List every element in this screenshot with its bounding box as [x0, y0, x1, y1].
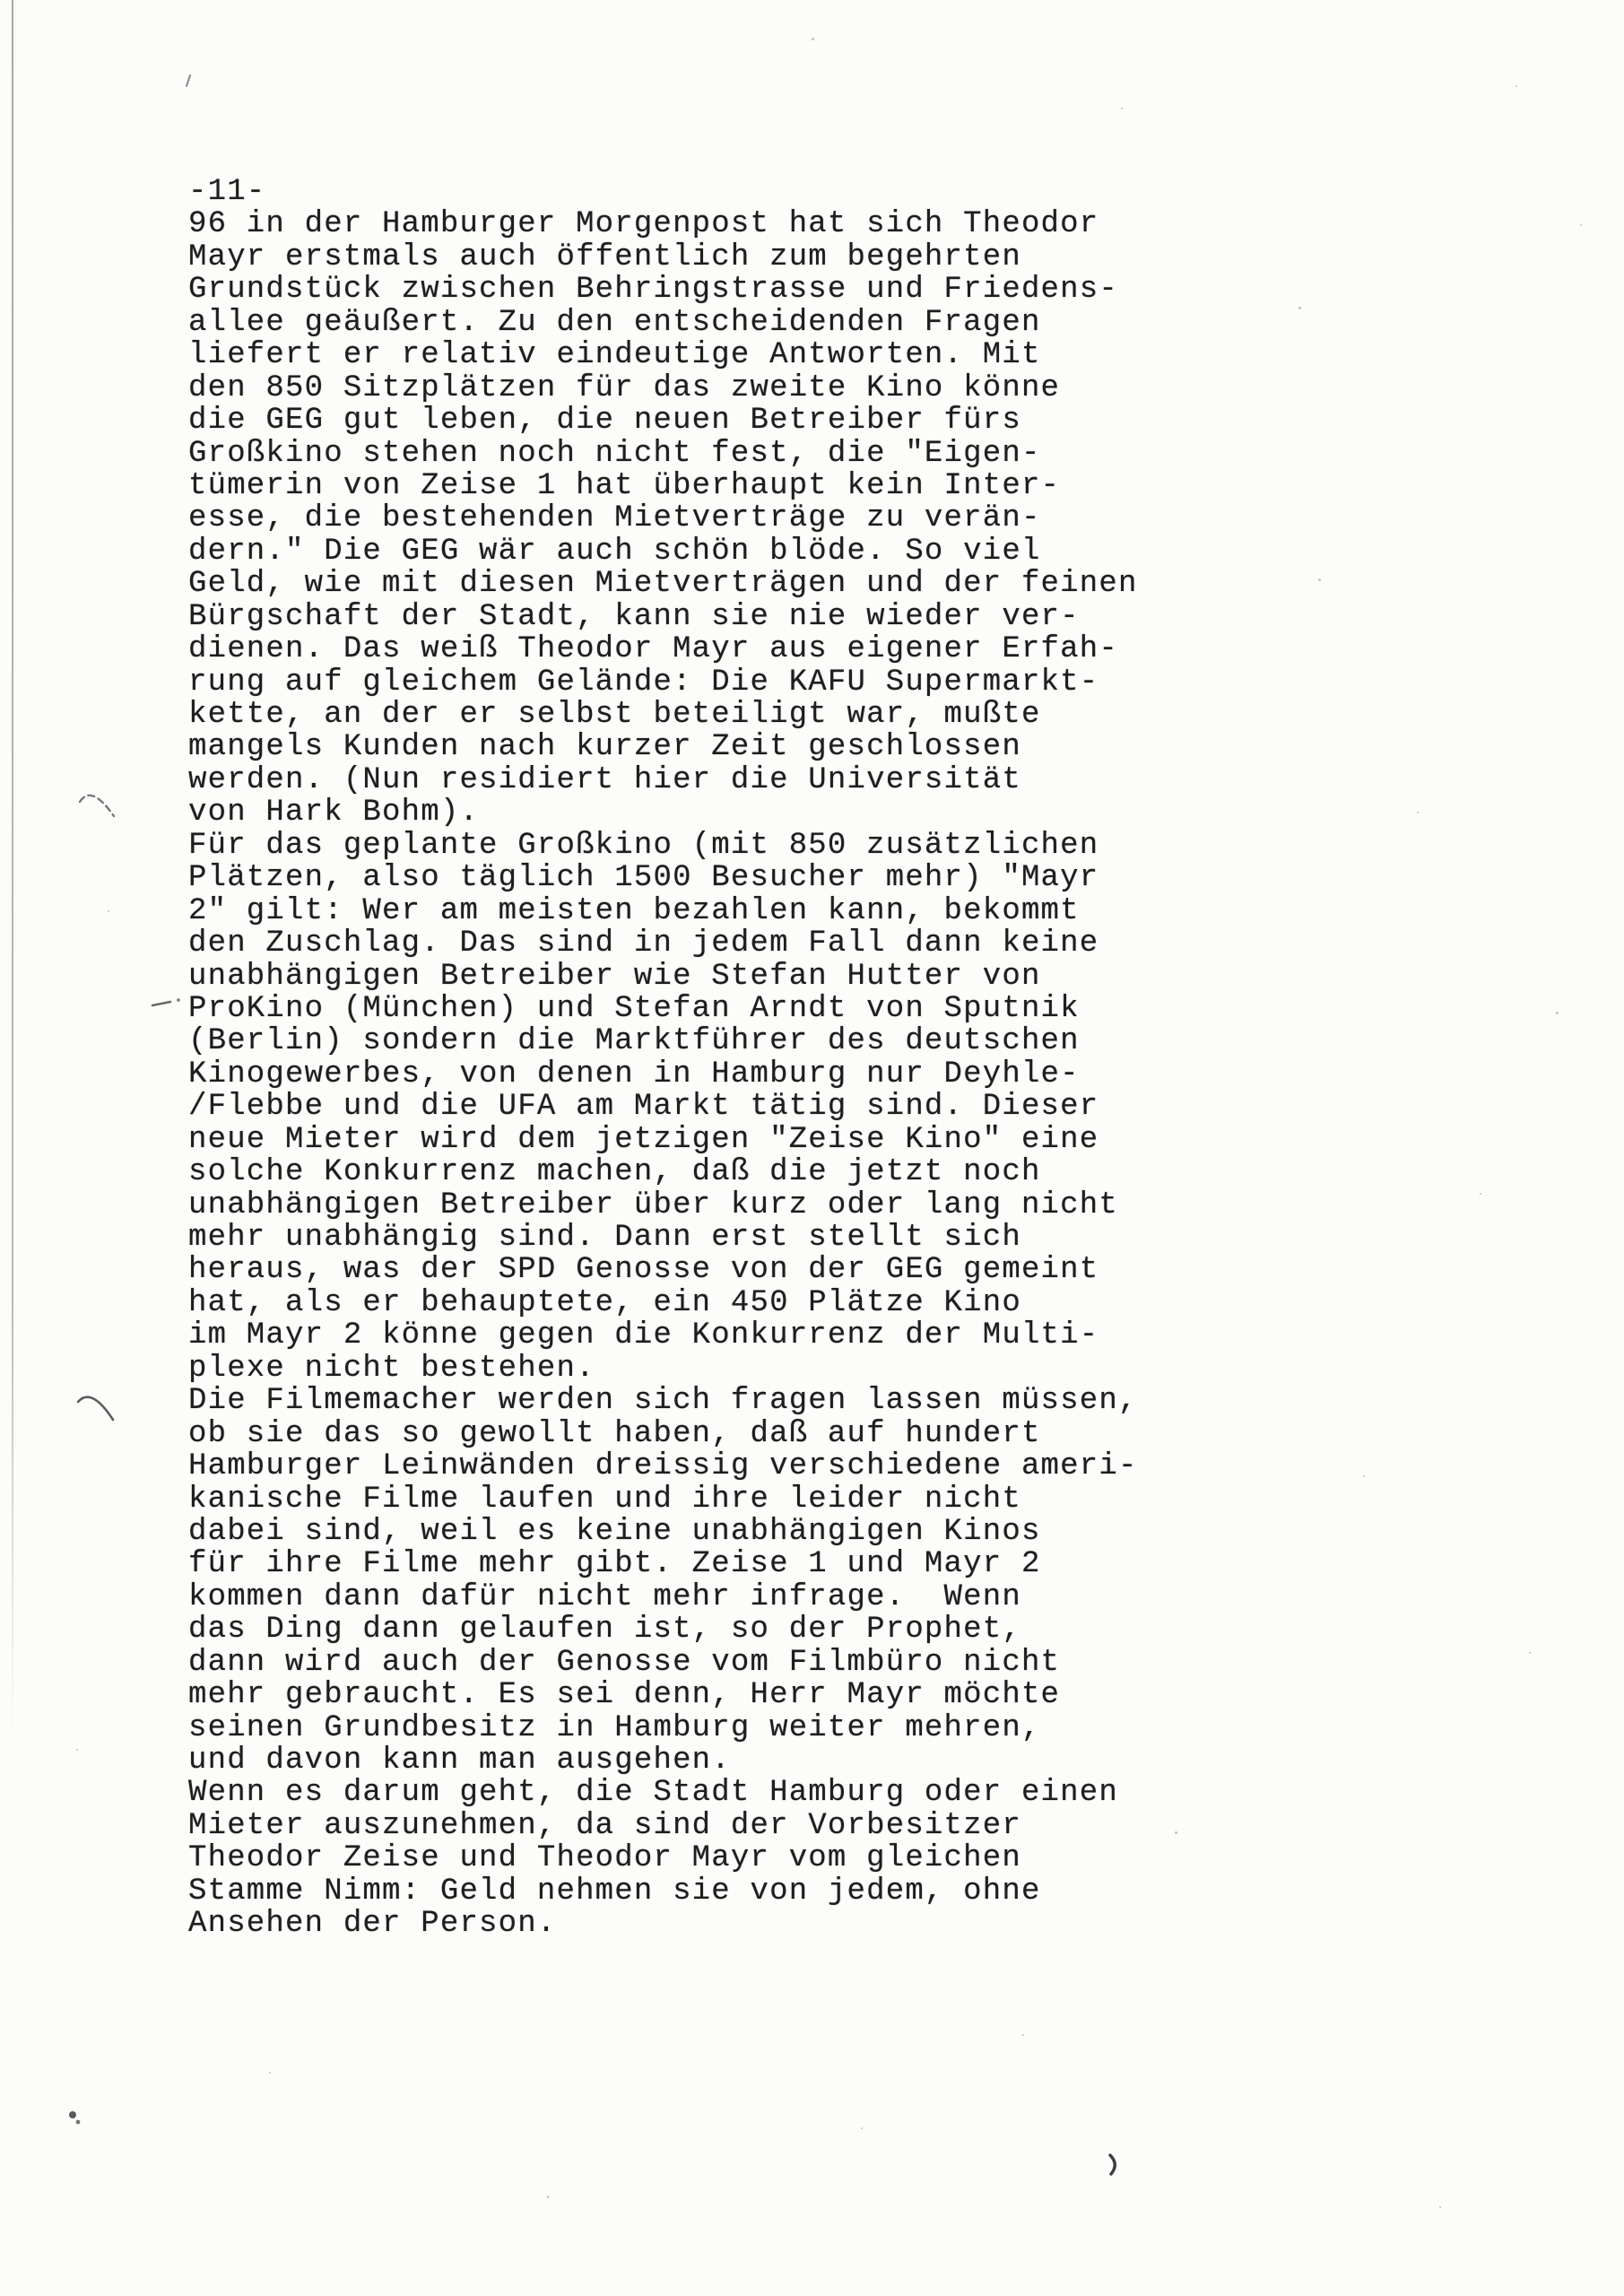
- text-line: kanische Filme laufen und ihre leider ni…: [188, 1483, 1138, 1516]
- text-line: Für das geplante Großkino (mit 850 zusät…: [188, 830, 1138, 862]
- text-line: werden. (Nun residiert hier die Universi…: [188, 764, 1138, 796]
- text-line: (Berlin) sondern die Marktführer des deu…: [188, 1025, 1138, 1057]
- document-body-lines: 96 in der Hamburger Morgenpost hat sich …: [188, 208, 1138, 1940]
- ink-blob-mark-2: [76, 2120, 81, 2125]
- text-line: plexe nicht bestehen.: [188, 1352, 1138, 1385]
- scan-speck: [861, 2127, 863, 2129]
- scan-speck: [1480, 1193, 1481, 1195]
- text-line: 2" gilt: Wer am meisten bezahlen kann, b…: [188, 895, 1138, 927]
- text-line: ob sie das so gewollt haben, daß auf hun…: [188, 1418, 1138, 1450]
- text-line: hat, als er behauptete, ein 450 Plätze K…: [188, 1287, 1138, 1319]
- text-line: Mieter auszunehmen, da sind der Vorbesit…: [188, 1810, 1138, 1842]
- text-line: tümerin von Zeise 1 hat überhaupt kein I…: [188, 470, 1138, 502]
- scanned-document-page: -11- 96 in der Hamburger Morgenpost hat …: [0, 0, 1624, 2296]
- text-line: den 850 Sitzplätzen für das zweite Kino …: [188, 372, 1138, 404]
- tick-mark: [187, 75, 190, 86]
- text-line: Großkino stehen noch nicht fest, die "Ei…: [188, 438, 1138, 470]
- scan-speck: [1417, 812, 1419, 813]
- text-line: /Flebbe und die UFA am Markt tätig sind.…: [188, 1091, 1138, 1123]
- text-line: für ihre Filme mehr gibt. Zeise 1 und Ma…: [188, 1548, 1138, 1580]
- text-line: heraus, was der SPD Genosse von der GEG …: [188, 1254, 1138, 1286]
- scan-speck: [1580, 224, 1582, 226]
- text-line: Grundstück zwischen Behringstrasse und F…: [188, 274, 1138, 306]
- scan-speck: [547, 2196, 549, 2198]
- scan-speck: [1121, 108, 1123, 109]
- scan-speck: [108, 910, 109, 912]
- text-line: und davon kann man ausgehen.: [188, 1744, 1138, 1777]
- scan-speck: [1363, 1475, 1365, 1477]
- text-line: esse, die bestehenden Mietverträge zu ve…: [188, 502, 1138, 535]
- scan-speck: [1556, 1012, 1559, 1014]
- text-line: ProKino (München) und Stefan Arndt von S…: [188, 993, 1138, 1025]
- left-edge-scan-line: [12, 0, 13, 1735]
- text-line: von Hark Bohm).: [188, 796, 1138, 829]
- text-line: den Zuschlag. Das sind in jedem Fall dan…: [188, 927, 1138, 960]
- text-line: Hamburger Leinwänden dreissig verschiede…: [188, 1450, 1138, 1483]
- margin-arc-mark-1: [80, 796, 114, 816]
- text-line: die GEG gut leben, die neuen Betreiber f…: [188, 404, 1138, 437]
- text-line: 96 in der Hamburger Morgenpost hat sich …: [188, 208, 1138, 240]
- text-line: neue Mieter wird dem jetzigen "Zeise Kin…: [188, 1124, 1138, 1156]
- text-line: Wenn es darum geht, die Stadt Hamburg od…: [188, 1777, 1138, 1809]
- scan-speck: [1175, 1831, 1177, 1834]
- scan-speck: [1439, 2206, 1441, 2208]
- text-line: liefert er relativ eindeutige Antworten.…: [188, 339, 1138, 371]
- text-line: mehr unabhängig sind. Dann erst stellt s…: [188, 1222, 1138, 1254]
- text-line: mehr gebraucht. Es sei denn, Herr Mayr m…: [188, 1679, 1138, 1711]
- scan-speck: [812, 38, 814, 40]
- text-line: kommen dann dafür nicht mehr infrage. We…: [188, 1581, 1138, 1613]
- text-line: solche Konkurrenz machen, daß die jetzt …: [188, 1156, 1138, 1188]
- scan-speck: [1515, 85, 1517, 87]
- text-line: kette, an der er selbst beteiligt war, m…: [188, 699, 1138, 731]
- text-line: Kinogewerbes, von denen in Hamburg nur D…: [188, 1058, 1138, 1091]
- text-line: rung auf gleichem Gelände: Die KAFU Supe…: [188, 666, 1138, 699]
- text-line: dienen. Das weiß Theodor Mayr aus eigene…: [188, 633, 1138, 665]
- pencil-dash-mark: [152, 1002, 170, 1005]
- text-line: Mayr erstmals auch öffentlich zum begehr…: [188, 241, 1138, 274]
- text-line: Stamme Nimm: Geld nehmen sie von jedem, …: [188, 1875, 1138, 1908]
- text-line: Bürgschaft der Stadt, kann sie nie wiede…: [188, 601, 1138, 633]
- scan-speck: [76, 1749, 78, 1751]
- margin-arc-mark-2: [78, 1397, 113, 1420]
- text-line: Plätzen, also täglich 1500 Besucher mehr…: [188, 862, 1138, 894]
- text-line: allee geäußert. Zu den entscheidenden Fr…: [188, 307, 1138, 339]
- text-line: Geld, wie mit diesen Mietverträgen und d…: [188, 568, 1138, 600]
- ink-blob-mark: [69, 2111, 76, 2118]
- text-line: dann wird auch der Genosse vom Filmbüro …: [188, 1647, 1138, 1679]
- text-line: im Mayr 2 könne gegen die Konkurrenz der…: [188, 1319, 1138, 1352]
- text-line: unabhängigen Betreiber über kurz oder la…: [188, 1189, 1138, 1222]
- text-line: dabei sind, weil es keine unabhängigen K…: [188, 1516, 1138, 1548]
- text-line: dern." Die GEG wär auch schön blöde. So …: [188, 535, 1138, 568]
- pencil-dash-dot: [177, 998, 180, 1002]
- page-number: -11-: [188, 176, 1138, 208]
- text-line: mangels Kunden nach kurzer Zeit geschlos…: [188, 731, 1138, 763]
- text-line: Ansehen der Person.: [188, 1908, 1138, 1940]
- scan-speck: [1318, 578, 1321, 581]
- text-line: unabhängigen Betreiber wie Stefan Hutter…: [188, 961, 1138, 993]
- text-line: seinen Grundbesitz in Hamburg weiter meh…: [188, 1712, 1138, 1744]
- text-line: Die Filmemacher werden sich fragen lasse…: [188, 1385, 1138, 1417]
- handwritten-paren-mark: [1110, 2155, 1115, 2174]
- text-line: Theodor Zeise und Theodor Mayr vom gleic…: [188, 1842, 1138, 1874]
- scan-speck: [269, 2072, 271, 2074]
- scan-speck: [1529, 1652, 1531, 1654]
- scan-speck: [1298, 307, 1301, 309]
- typewritten-text-block: -11- 96 in der Hamburger Morgenpost hat …: [188, 176, 1138, 1941]
- text-line: das Ding dann gelaufen ist, so der Proph…: [188, 1613, 1138, 1646]
- scan-speck: [1022, 2034, 1024, 2036]
